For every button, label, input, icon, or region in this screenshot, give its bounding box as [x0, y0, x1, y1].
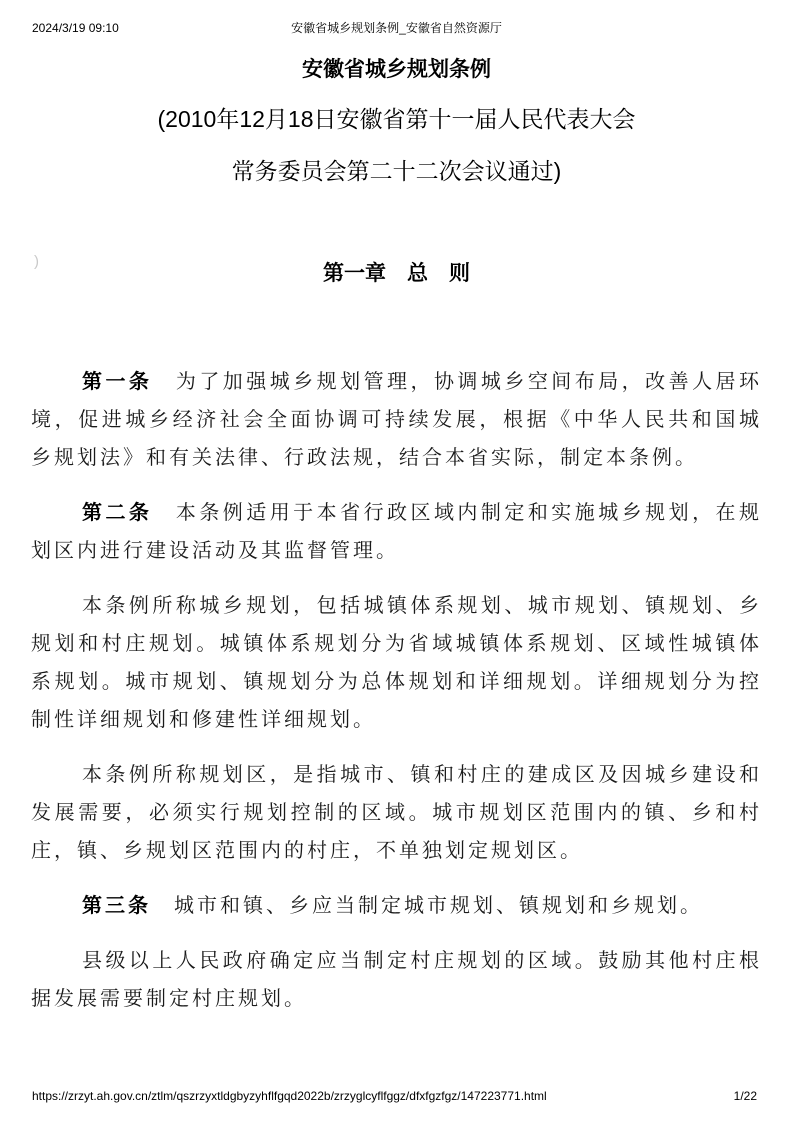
article-paragraph: 县级以上人民政府确定应当制定村庄规划的区域。鼓励其他村庄根据发展需要制定村庄规划… — [31, 942, 762, 1018]
article-number-label: 第二条 — [82, 502, 176, 524]
document-title: 安徽省城乡规划条例 — [31, 59, 762, 81]
document-subtitle-line-1: (2010年12月18日安徽省第十一届人民代表大会 — [31, 105, 762, 133]
chapter-heading: 第一章 总 则 — [31, 263, 762, 285]
article-paragraph: 本条例所称规划区，是指城市、镇和村庄的建成区及因城乡建设和发展需要，必须实行规划… — [31, 756, 762, 870]
print-preview-page: 2024/3/19 09:10 安徽省城乡规划条例_安徽省自然资源厅 ) 安徽省… — [0, 0, 793, 1122]
article-paragraph: 本条例所称城乡规划，包括城镇体系规划、城市规划、镇规划、乡规划和村庄规划。城镇体… — [31, 587, 762, 739]
print-footer: https://zrzyt.ah.gov.cn/ztlm/qszrzyxtldg… — [32, 1088, 757, 1104]
article-paragraph: 第二条 本条例适用于本省行政区域内制定和实施城乡规划，在规划区内进行建设活动及其… — [31, 494, 762, 570]
document-content: 安徽省城乡规划条例 (2010年12月18日安徽省第十一届人民代表大会 常务委员… — [31, 59, 762, 1035]
paragraph-list: 第一条 为了加强城乡规划管理，协调城乡空间布局，改善人居环境，促进城乡经济社会全… — [31, 363, 762, 1018]
article-paragraph: 第一条 为了加强城乡规划管理，协调城乡空间布局，改善人居环境，促进城乡经济社会全… — [31, 363, 762, 477]
article-number-label: 第一条 — [82, 371, 176, 393]
document-subtitle-line-2: 常务委员会第二十二次会议通过) — [31, 157, 762, 185]
print-header: 2024/3/19 09:10 安徽省城乡规划条例_安徽省自然资源厅 — [32, 20, 761, 36]
page-number-indicator: 1/22 — [734, 1088, 757, 1104]
source-url: https://zrzyt.ah.gov.cn/ztlm/qszrzyxtldg… — [32, 1088, 547, 1104]
article-paragraph: 第三条 城市和镇、乡应当制定城市规划、镇规划和乡规划。 — [31, 887, 762, 925]
article-number-label: 第三条 — [82, 895, 174, 917]
print-header-title: 安徽省城乡规划条例_安徽省自然资源厅 — [32, 20, 761, 36]
